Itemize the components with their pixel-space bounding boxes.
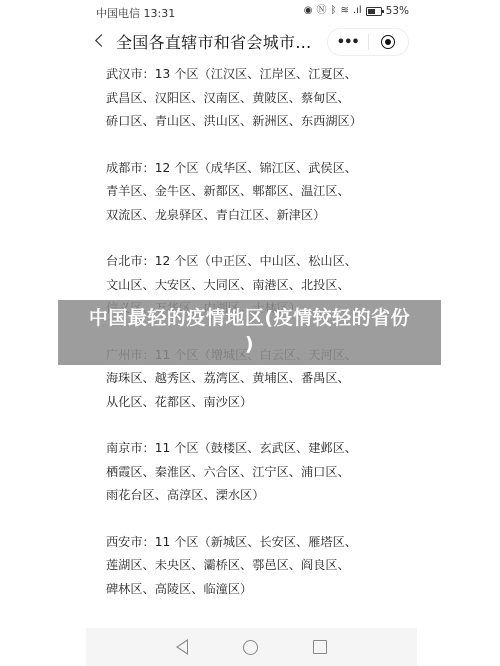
eye-icon: ◉ bbox=[304, 5, 313, 17]
nfc-icon: Ⓝ bbox=[317, 5, 327, 17]
wifi-icon: ≋ bbox=[341, 5, 349, 17]
system-nav-bar bbox=[86, 628, 417, 666]
text-line: 南京市：11 个区（鼓楼区、玄武区、建邺区、 bbox=[106, 437, 406, 461]
close-button[interactable] bbox=[369, 35, 409, 49]
text-line: 从化区、花都区、南沙区） bbox=[106, 391, 406, 415]
text-line: 碑林区、高陵区、临潼区） bbox=[106, 578, 406, 602]
text-line: 双流区、龙泉驿区、青白江区、新津区） bbox=[106, 204, 406, 228]
text-line: 武昌区、汉阳区、汉南区、黄陂区、蔡甸区、 bbox=[106, 87, 406, 111]
city-block-xian: 西安市：11 个区（新城区、长安区、雁塔区、 莲湖区、未央区、灞桥区、鄠邑区、阎… bbox=[106, 531, 406, 602]
title-overlay-banner: 中国最轻的疫情地区(疫情较轻的省份 ) bbox=[58, 300, 441, 365]
text-line: 台北市：12 个区（中正区、中山区、松山区、 bbox=[106, 250, 406, 274]
text-line: 硚口区、青山区、洪山区、新洲区、东西湖区） bbox=[106, 110, 406, 134]
text-line: 雨花台区、高淳区、溧水区） bbox=[106, 484, 406, 508]
text-line: 海珠区、越秀区、荔湾区、黄埔区、番禺区、 bbox=[106, 367, 406, 391]
nav-recent-apps-icon[interactable] bbox=[313, 640, 327, 654]
nav-back-icon[interactable] bbox=[176, 639, 188, 655]
more-button[interactable]: ••• bbox=[328, 35, 368, 50]
overlay-line-2: ) bbox=[58, 331, 441, 357]
page-title: 全国各直辖市和省会城市… bbox=[116, 30, 312, 53]
text-line: 武汉市：13 个区（江汉区、江岸区、江夏区、 bbox=[106, 63, 406, 87]
text-line: 莲湖区、未央区、灞桥区、鄠邑区、阎良区、 bbox=[106, 554, 406, 578]
mini-program-capsule: ••• bbox=[327, 28, 409, 56]
city-block-wuhan: 武汉市：13 个区（江汉区、江岸区、江夏区、 武昌区、汉阳区、汉南区、黄陂区、蔡… bbox=[106, 63, 406, 134]
city-block-nanjing: 南京市：11 个区（鼓楼区、玄武区、建邺区、 栖霞区、秦淮区、六合区、江宁区、浦… bbox=[106, 437, 406, 508]
signal-icon: .ıl bbox=[353, 5, 362, 17]
battery-percent: 53% bbox=[386, 5, 409, 17]
back-chevron-icon[interactable] bbox=[93, 30, 107, 50]
text-line: 成都市：12 个区（成华区、锦江区、武侯区、 bbox=[106, 157, 406, 181]
nav-bar: 全国各直辖市和省会城市… ••• bbox=[83, 24, 417, 58]
target-close-icon bbox=[381, 35, 395, 49]
overlay-line-1: 中国最轻的疫情地区(疫情较轻的省份 bbox=[58, 305, 441, 331]
text-line: 文山区、大安区、大同区、南港区、北投区、 bbox=[106, 274, 406, 298]
text-line: 青羊区、金牛区、新都区、郫都区、温江区、 bbox=[106, 180, 406, 204]
nav-home-icon[interactable] bbox=[243, 640, 258, 655]
battery-icon bbox=[366, 7, 382, 16]
status-bar: 中国电信 13:31 ◉ Ⓝ ᛒ ≋ .ıl 53% bbox=[83, 0, 417, 24]
status-icons: ◉ Ⓝ ᛒ ≋ .ıl 53% bbox=[304, 5, 409, 17]
bluetooth-icon: ᛒ bbox=[331, 5, 337, 17]
city-block-chengdu: 成都市：12 个区（成华区、锦江区、武侯区、 青羊区、金牛区、新都区、郫都区、温… bbox=[106, 157, 406, 228]
text-line: 栖霞区、秦淮区、六合区、江宁区、浦口区、 bbox=[106, 461, 406, 485]
carrier-time: 中国电信 13:31 bbox=[96, 5, 175, 21]
text-line: 西安市：11 个区（新城区、长安区、雁塔区、 bbox=[106, 531, 406, 555]
